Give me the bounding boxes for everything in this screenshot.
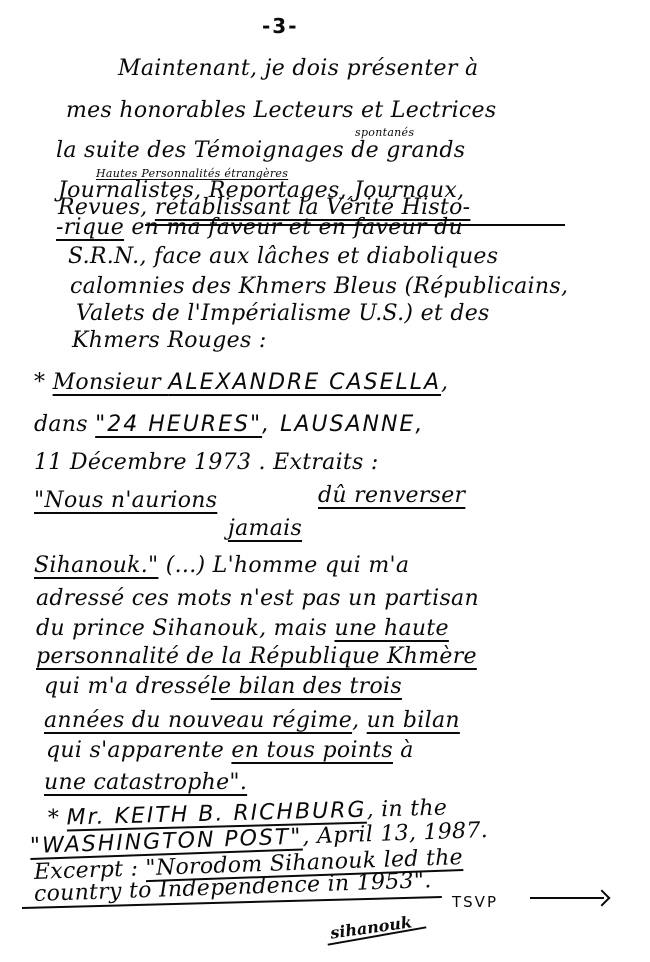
intro-line-6-rest: en ma faveur et en faveur du xyxy=(131,215,463,240)
word-rique: -rique xyxy=(56,215,124,240)
citation-1-quote-part-1: "Nous n'aurions xyxy=(34,490,217,512)
intro-line-3: la suite des Témoignages de grands xyxy=(56,140,465,162)
document-page: -3- Maintenant, je dois présenter à mes … xyxy=(0,0,650,962)
citation-1-body-6c: un bilan xyxy=(367,708,460,733)
citation-2-in-the: , in the xyxy=(366,796,447,823)
citation-1-body-line-1: Sihanouk." (...) L'homme qui m'a xyxy=(34,555,409,577)
arrow-right-icon xyxy=(530,893,610,903)
citation-1-city: , LAUSANNE, xyxy=(262,412,424,437)
citation-1-body-1: (...) L'homme qui m'a xyxy=(166,553,410,578)
citation-1-body-line-3: du prince Sihanouk, mais une haute xyxy=(36,618,449,640)
citation-1-body-5b: le bilan des trois xyxy=(211,674,402,699)
citation-1-body-line-7: qui s'apparente en tous points à xyxy=(46,740,414,762)
citation-1-body-3b: une haute xyxy=(334,616,448,641)
citation-1-body-3a: du prince Sihanouk, mais xyxy=(36,616,327,641)
citation-1-author-block: Monsieur ALEXANDRE CASELLA xyxy=(53,370,441,395)
tsvp-label: TSVP xyxy=(452,895,498,910)
citation-1-body-5a: qui m'a dressé xyxy=(44,674,211,699)
citation-1-body-7a: qui s'apparente xyxy=(46,738,224,763)
citation-1-body-line-8: une catastrophe". xyxy=(44,772,247,794)
page-number: -3- xyxy=(262,14,299,38)
citation-1-comma: , xyxy=(441,370,448,395)
citation-1-body-line-5: qui m'a dresséle bilan des trois xyxy=(44,676,402,698)
citation-1-publication: "24 HEURES" xyxy=(95,412,262,437)
citation-1-body-7c: à xyxy=(400,738,413,763)
signature: sihanouk xyxy=(329,912,413,942)
citation-1-quote-part-2: dû renverser xyxy=(318,485,465,507)
citation-1-date: 11 Décembre 1973 . Extraits : xyxy=(34,452,379,474)
intro-line-9: Valets de l'Impérialisme U.S.) et des xyxy=(76,303,490,325)
citation-1-body-6a: années du nouveau régime xyxy=(44,708,352,733)
citation-1-author: ALEXANDRE CASELLA xyxy=(168,370,441,395)
citation-1-quote-insert: jamais xyxy=(228,518,302,540)
bullet-asterisk: * xyxy=(34,370,45,395)
citation-1-body-line-2: adressé ces mots n'est pas un partisan xyxy=(36,588,479,610)
intro-line-7: S.R.N., face aux lâches et diaboliques xyxy=(68,246,498,268)
intro-line-8: calomnies des Khmers Bleus (Républicains… xyxy=(70,276,568,298)
intro-line-1: Maintenant, je dois présenter à xyxy=(118,58,478,80)
word-dans: dans xyxy=(34,412,88,437)
citation-1-quote-end: Sihanouk." xyxy=(34,553,158,578)
intro-line-2: mes honorables Lecteurs et Lectrices xyxy=(66,100,496,122)
insert-hautes-personnalites: Hautes Personnalités étrangères xyxy=(96,168,288,179)
citation-1-body-7b: en tous points xyxy=(231,738,393,763)
insert-spontanes: spontanés xyxy=(355,127,414,138)
citation-1-publication-line: dans "24 HEURES", LAUSANNE, xyxy=(34,414,424,436)
citation-1-body-6b: , xyxy=(352,708,367,733)
citation-1-body-line-6: années du nouveau régime, un bilan xyxy=(44,710,460,732)
intro-line-10: Khmers Rouges : xyxy=(72,330,267,352)
bullet-asterisk: * xyxy=(48,806,60,831)
citation-1-body-line-4: personnalité de la République Khmère xyxy=(36,646,477,668)
intro-line-6: -rique en ma faveur et en faveur du xyxy=(56,217,463,239)
citation-1-title: Monsieur xyxy=(53,370,161,395)
citation-1-header: * Monsieur ALEXANDRE CASELLA, xyxy=(34,372,448,394)
